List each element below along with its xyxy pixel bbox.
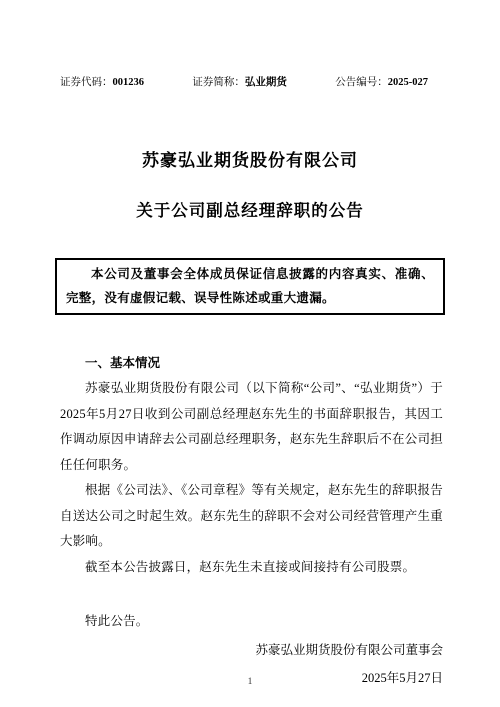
stock-code-label: 证券代码： bbox=[60, 77, 113, 88]
body-paragraph-1: 苏豪弘业期货股份有限公司（以下简称“公司”、“弘业期货”）于2025年5月27日… bbox=[60, 376, 443, 478]
signature-company: 苏豪弘业期货股份有限公司董事会 bbox=[60, 638, 443, 663]
announcement-title: 关于公司副总经理辞职的公告 bbox=[0, 197, 500, 221]
document-page: 证券代码：001236 证券简称：弘业期货 公告编号：2025-027 苏豪弘业… bbox=[0, 0, 500, 707]
document-body: 一、基本情况 苏豪弘业期货股份有限公司（以下简称“公司”、“弘业期货”）于202… bbox=[0, 351, 500, 691]
page-number: 1 bbox=[0, 677, 500, 687]
stock-name-value: 弘业期货 bbox=[245, 77, 287, 88]
stock-code-value: 001236 bbox=[113, 77, 145, 88]
body-paragraph-3: 截至本公告披露日，赵东先生未直接或间接持有公司股票。 bbox=[60, 555, 443, 581]
body-paragraph-2: 根据《公司法》、《公司章程》等有关规定，赵东先生的辞职报告自送达公司之时起生效。… bbox=[60, 478, 443, 555]
stock-name-item: 证券简称：弘业期货 bbox=[192, 76, 287, 90]
announcement-no-item: 公告编号：2025-027 bbox=[335, 76, 428, 90]
closing-line: 特此公告。 bbox=[60, 609, 443, 635]
company-name-title: 苏豪弘业期货股份有限公司 bbox=[0, 146, 500, 171]
announcement-no-value: 2025-027 bbox=[388, 77, 428, 88]
stock-code-item: 证券代码：001236 bbox=[60, 76, 144, 90]
announcement-no-label: 公告编号： bbox=[335, 77, 388, 88]
section-heading-basic-info: 一、基本情况 bbox=[60, 351, 443, 376]
stock-name-label: 证券简称： bbox=[192, 77, 245, 88]
disclosure-statement-text: 本公司及董事会全体成员保证信息披露的内容真实、准确、完整，没有虚假记载、误导性陈… bbox=[66, 262, 434, 310]
document-header: 证券代码：001236 证券简称：弘业期货 公告编号：2025-027 bbox=[0, 0, 500, 90]
disclosure-statement-box: 本公司及董事会全体成员保证信息披露的内容真实、准确、完整，没有虚假记载、误导性陈… bbox=[55, 258, 445, 315]
